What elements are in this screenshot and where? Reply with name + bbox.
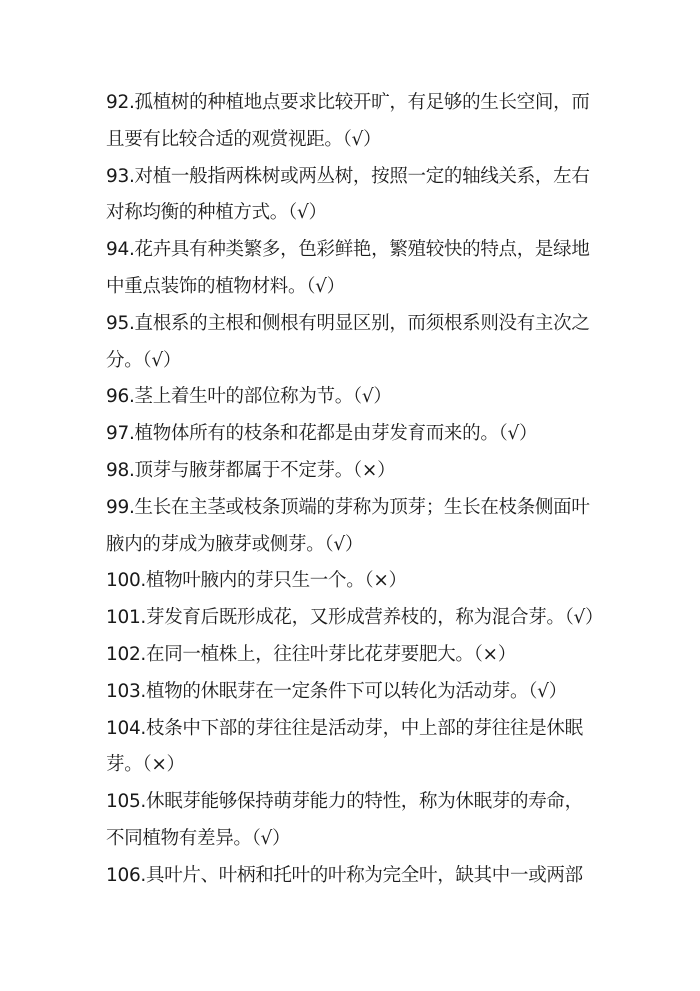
question-line: 94.花卉具有种类繁多，色彩鲜艳，繁殖较快的特点，是绿地 <box>106 232 596 269</box>
question-item-102: 102.在同一植株上，往往叶芽比花芽要肥大。（×） <box>106 637 596 674</box>
question-line: 98.顶芽与腋芽都属于不定芽。（×） <box>106 453 596 490</box>
question-line: 腋内的芽成为腋芽或侧芽。（√） <box>106 527 596 564</box>
document-page: 92.孤植树的种植地点要求比较开旷，有足够的生长空间，而 且要有比较合适的观赏视… <box>0 0 700 991</box>
question-item-92: 92.孤植树的种植地点要求比较开旷，有足够的生长空间，而 且要有比较合适的观赏视… <box>106 85 596 159</box>
question-item-103: 103.植物的休眠芽在一定条件下可以转化为活动芽。（√） <box>106 674 596 711</box>
question-line: 97.植物体所有的枝条和花都是由芽发育而来的。（√） <box>106 416 596 453</box>
question-line: 93.对植一般指两株树或两丛树，按照一定的轴线关系，左右 <box>106 159 596 196</box>
question-line: 分。（√） <box>106 343 596 380</box>
question-line: 106.具叶片、叶柄和托叶的叶称为完全叶，缺其中一或两部 <box>106 858 596 895</box>
question-line: 对称均衡的种植方式。（√） <box>106 195 596 232</box>
question-item-97: 97.植物体所有的枝条和花都是由芽发育而来的。（√） <box>106 416 596 453</box>
question-line: 中重点装饰的植物材料。（√） <box>106 269 596 306</box>
question-item-106: 106.具叶片、叶柄和托叶的叶称为完全叶，缺其中一或两部 <box>106 858 596 895</box>
question-item-96: 96.茎上着生叶的部位称为节。（√） <box>106 379 596 416</box>
question-item-99: 99.生长在主茎或枝条顶端的芽称为顶芽；生长在枝条侧面叶 腋内的芽成为腋芽或侧芽… <box>106 490 596 564</box>
question-line: 99.生长在主茎或枝条顶端的芽称为顶芽；生长在枝条侧面叶 <box>106 490 596 527</box>
question-line: 100.植物叶腋内的芽只生一个。（×） <box>106 563 596 600</box>
question-line: 96.茎上着生叶的部位称为节。（√） <box>106 379 596 416</box>
question-line: 芽。（×） <box>106 747 596 784</box>
question-line: 92.孤植树的种植地点要求比较开旷，有足够的生长空间，而 <box>106 85 596 122</box>
question-item-94: 94.花卉具有种类繁多，色彩鲜艳，繁殖较快的特点，是绿地 中重点装饰的植物材料。… <box>106 232 596 306</box>
question-line: 105.休眠芽能够保持萌芽能力的特性，称为休眠芽的寿命， <box>106 784 596 821</box>
question-item-105: 105.休眠芽能够保持萌芽能力的特性，称为休眠芽的寿命， 不同植物有差异。（√） <box>106 784 596 858</box>
question-item-98: 98.顶芽与腋芽都属于不定芽。（×） <box>106 453 596 490</box>
question-line: 103.植物的休眠芽在一定条件下可以转化为活动芽。（√） <box>106 674 596 711</box>
question-line: 102.在同一植株上，往往叶芽比花芽要肥大。（×） <box>106 637 596 674</box>
question-line: 104.枝条中下部的芽往往是活动芽，中上部的芽往往是休眠 <box>106 711 596 748</box>
question-item-95: 95.直根系的主根和侧根有明显区别，而须根系则没有主次之 分。（√） <box>106 306 596 380</box>
question-item-100: 100.植物叶腋内的芽只生一个。（×） <box>106 563 596 600</box>
question-line: 且要有比较合适的观赏视距。（√） <box>106 122 596 159</box>
question-list: 92.孤植树的种植地点要求比较开旷，有足够的生长空间，而 且要有比较合适的观赏视… <box>106 85 596 895</box>
question-line: 95.直根系的主根和侧根有明显区别，而须根系则没有主次之 <box>106 306 596 343</box>
question-item-104: 104.枝条中下部的芽往往是活动芽，中上部的芽往往是休眠 芽。（×） <box>106 711 596 785</box>
question-line: 101.芽发育后既形成花，又形成营养枝的，称为混合芽。（√） <box>106 600 596 637</box>
question-item-93: 93.对植一般指两株树或两丛树，按照一定的轴线关系，左右 对称均衡的种植方式。（… <box>106 159 596 233</box>
question-line: 不同植物有差异。（√） <box>106 821 596 858</box>
question-item-101: 101.芽发育后既形成花，又形成营养枝的，称为混合芽。（√） <box>106 600 596 637</box>
